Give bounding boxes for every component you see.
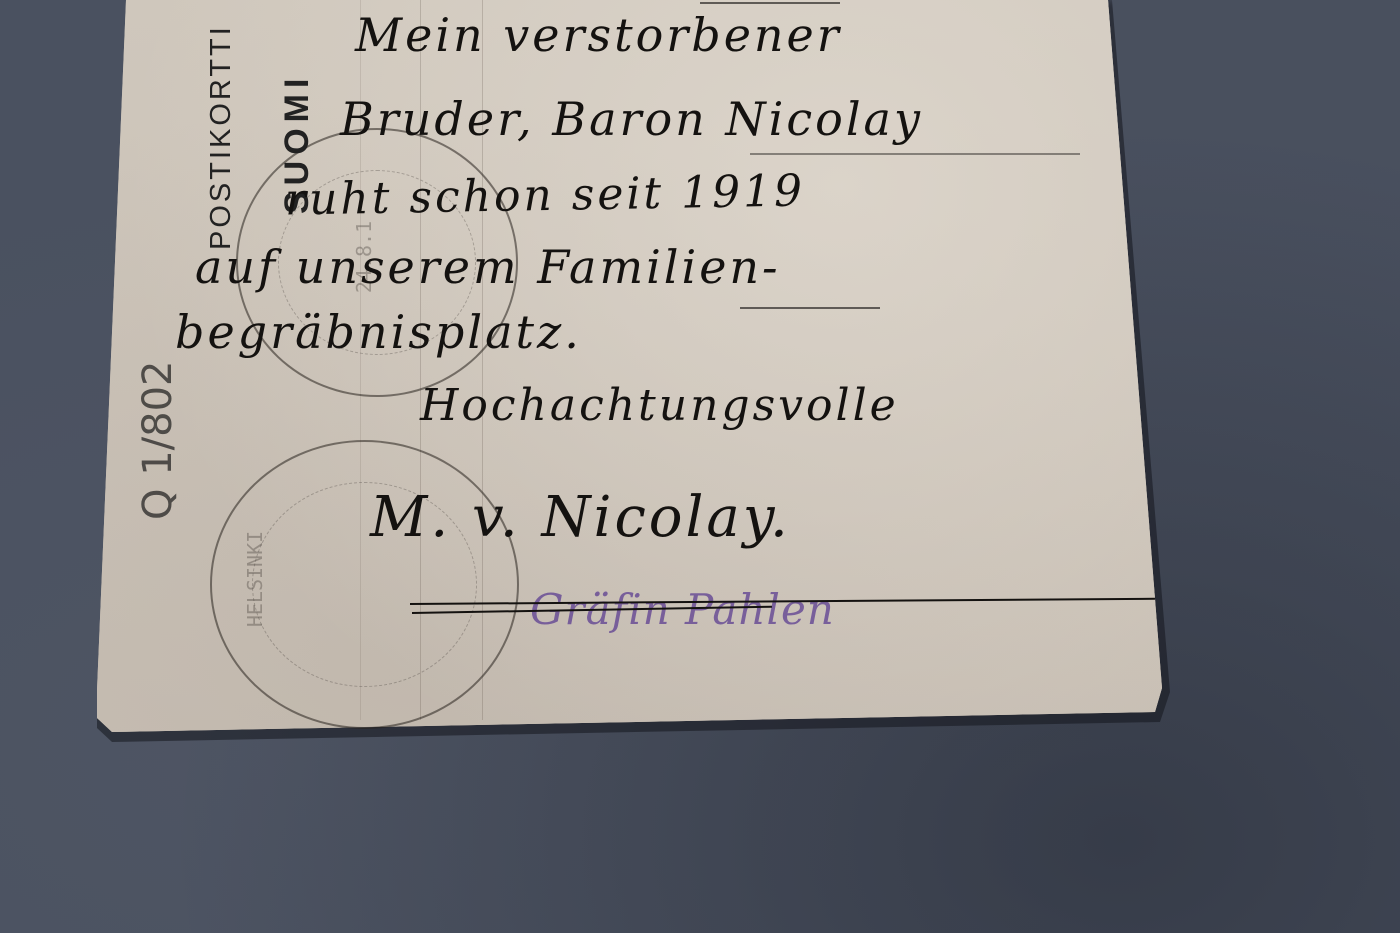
underline xyxy=(740,307,880,309)
handwritten-line-5: begräbnisplatz. xyxy=(175,305,582,359)
postmark-city: HELSINKI xyxy=(243,531,267,627)
handwritten-line-4: auf unserem Familien- xyxy=(195,240,781,294)
handwritten-line-3: ruht schon seit 1919 xyxy=(285,165,806,225)
pencil-notation: Q 1/802 xyxy=(135,361,181,520)
address-underline xyxy=(700,2,840,4)
handwritten-closing: Hochachtungsvolle xyxy=(420,380,899,431)
handwritten-line-2: Bruder, Baron Nicolay xyxy=(340,92,923,146)
postcard: 24.8.1 HELSINKI POSTIKORTTI SUOMI Mein v… xyxy=(0,0,1400,933)
printed-title: POSTIKORTTI xyxy=(205,24,238,250)
underline xyxy=(750,153,1080,155)
handwritten-signature: M. v. Nicolay. xyxy=(370,485,791,550)
handwritten-line-1: Mein verstorbener xyxy=(355,8,842,62)
postmark-lower: HELSINKI xyxy=(210,440,519,729)
